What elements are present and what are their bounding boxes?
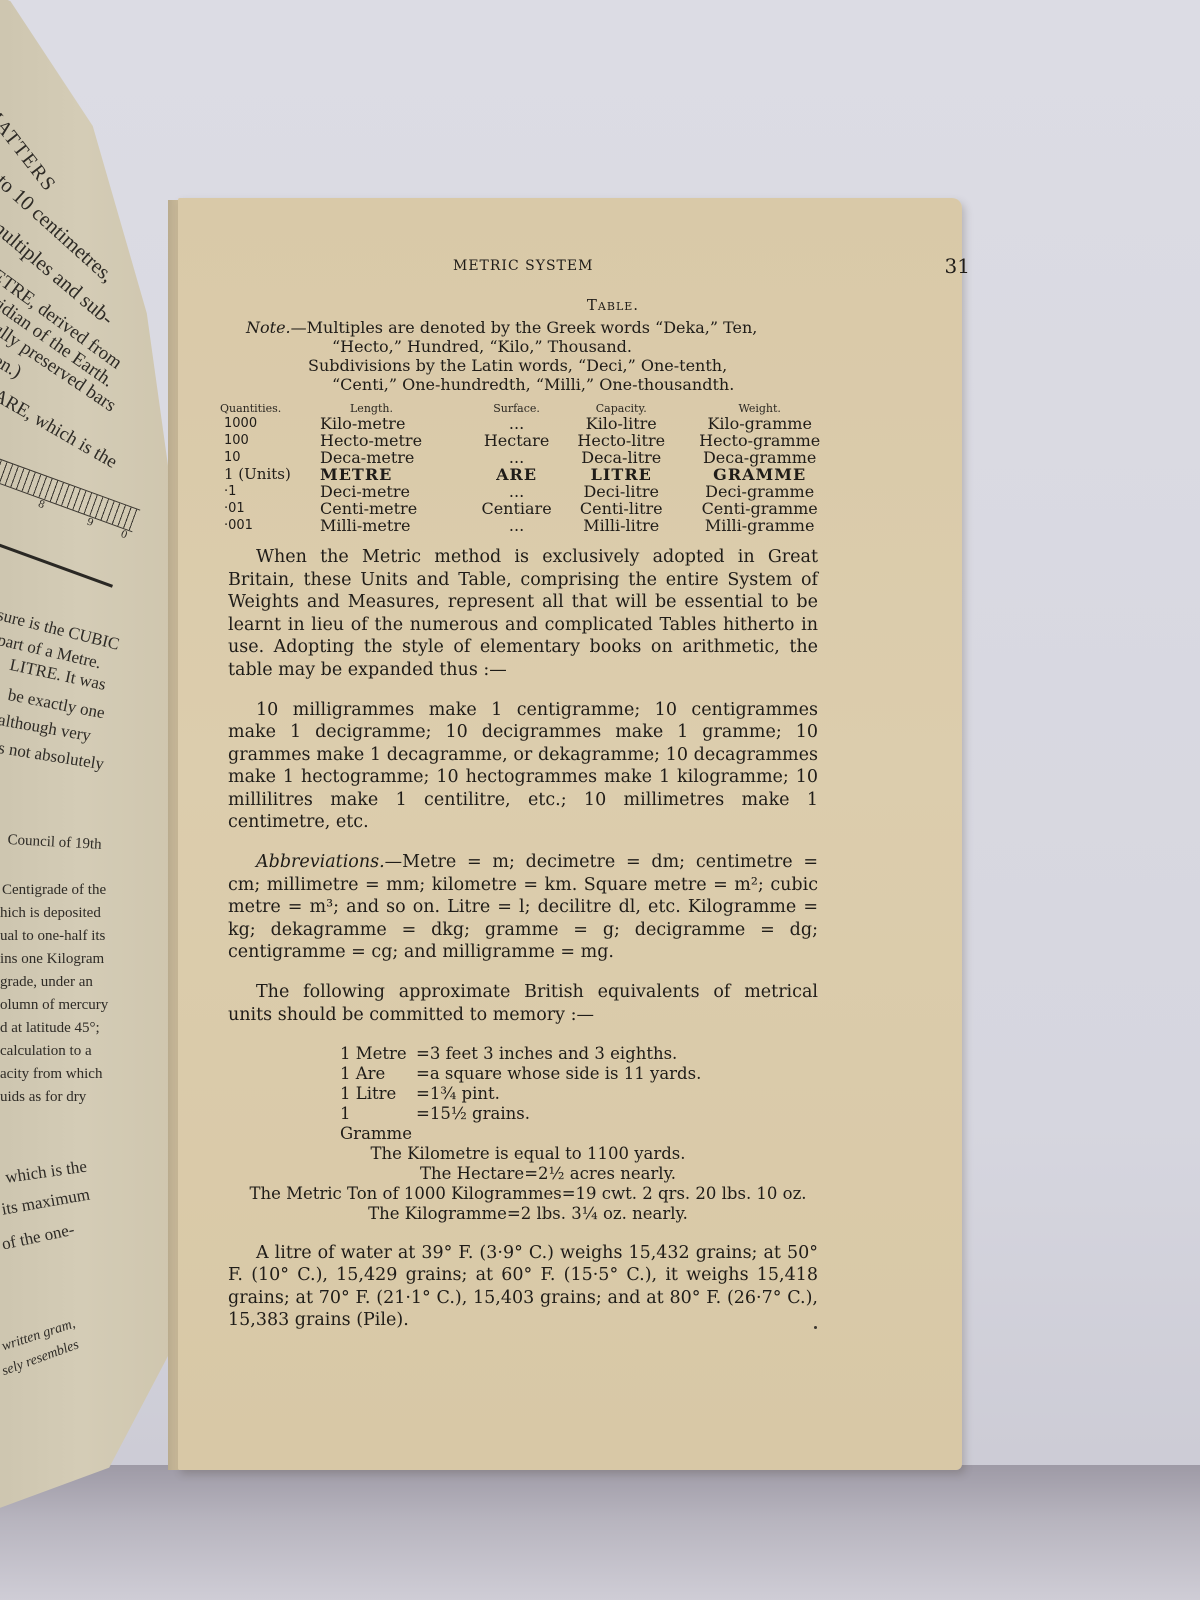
paragraph-metric-adoption: When the Metric method is exclusively ad… [228, 546, 818, 681]
page-content: METRIC SYSTEM 31 Table. Note.—Multiples … [228, 254, 928, 1349]
left-fragment: acity from which [0, 1066, 102, 1083]
note-line: “Hecto,” Hundred, “Kilo,” Thousand. [228, 337, 928, 356]
cell-surface: ARE [470, 466, 563, 483]
note-line: Subdivisions by the Latin words, “Deci,”… [228, 356, 928, 375]
cell-surface: Hectare [470, 432, 563, 449]
paper-speck [814, 1326, 817, 1329]
equivalent-value: =15½ grains. [416, 1104, 530, 1144]
cell-length: Centi-metre [320, 500, 470, 517]
table-note: Note.—Multiples are denoted by the Greek… [228, 318, 928, 394]
cell-length: Kilo-metre [320, 415, 470, 432]
cell-length: Milli-metre [320, 517, 470, 534]
table-row-units: 1 (Units) METRE ARE LITRE GRAMME [220, 466, 840, 483]
cell-capacity: Centi-litre [563, 500, 679, 517]
cell-weight: Hecto-gramme [679, 432, 840, 449]
cell-quantity: 1 (Units) [220, 466, 320, 483]
metric-units-table: Quantities. Length. Surface. Capacity. W… [220, 402, 840, 534]
cell-length: Deci-metre [320, 483, 470, 500]
cell-quantity: ·001 [220, 517, 320, 534]
centered-equivalent: The Kilogramme=2 lbs. 3¼ oz. nearly. [228, 1204, 828, 1224]
ruler-mark: 9 [85, 517, 95, 530]
cell-quantity: ·1 [220, 483, 320, 500]
paragraph-equivalents-intro: The following approximate British equiva… [228, 981, 818, 1026]
cell-quantity: 100 [220, 432, 320, 449]
cell-surface: Centiare [470, 500, 563, 517]
equivalent-value: =3 feet 3 inches and 3 eighths. [416, 1044, 677, 1064]
cell-surface: ... [470, 517, 563, 534]
cell-weight: Centi-gramme [679, 500, 840, 517]
centered-equivalent: The Kilometre is equal to 1100 yards. [228, 1144, 828, 1164]
note-label: Note. [246, 318, 291, 337]
equivalent-unit: 1 Litre [340, 1084, 416, 1104]
cell-weight: GRAMME [679, 466, 840, 483]
cell-weight: Deca-gramme [679, 449, 840, 466]
cell-capacity: Kilo-litre [563, 415, 679, 432]
cell-length: Hecto-metre [320, 432, 470, 449]
running-head-title: METRIC SYSTEM [453, 258, 593, 274]
centered-equivalent: The Metric Ton of 1000 Kilogrammes=19 cw… [228, 1184, 828, 1204]
cell-quantity: 10 [220, 449, 320, 466]
cell-weight: Milli-gramme [679, 517, 840, 534]
book-shadow [0, 1465, 1200, 1600]
british-equivalents: 1 Metre=3 feet 3 inches and 3 eighths. 1… [228, 1044, 828, 1224]
equivalent-row: 1 Are=a square whose side is 11 yards. [228, 1064, 828, 1084]
cell-surface: ... [470, 483, 563, 500]
note-line: —Multiples are denoted by the Greek word… [291, 318, 758, 337]
left-fragment: hich is deposited [0, 905, 101, 922]
cell-weight: Deci-gramme [679, 483, 840, 500]
cell-capacity: Deci-litre [563, 483, 679, 500]
note-line: “Centi,” One-hundredth, “Milli,” One-tho… [228, 375, 928, 394]
paragraph-expanded-table: 10 milligrammes make 1 centigramme; 10 c… [228, 699, 818, 834]
ruler-mark: 0 [119, 529, 129, 542]
cell-quantity: 1000 [220, 415, 320, 432]
left-fragment: ins one Kilogram [0, 951, 104, 968]
cell-surface: ... [470, 449, 563, 466]
equivalent-value: =a square whose side is 11 yards. [416, 1064, 701, 1084]
equivalent-value: =1¾ pint. [416, 1084, 500, 1104]
table-row: ·001 Milli-metre ... Milli-litre Milli-g… [220, 517, 840, 534]
abbreviations-label: Abbreviations. [256, 852, 385, 872]
equivalent-row: 1 Litre=1¾ pint. [228, 1084, 828, 1104]
running-head: METRIC SYSTEM 31 [228, 254, 928, 284]
table-title: Table. [298, 296, 928, 314]
left-fragment: uids as for dry [0, 1089, 86, 1106]
page-number: 31 [945, 254, 970, 278]
left-fragment: ual to one-half its [0, 928, 105, 945]
cell-capacity: Deca-litre [563, 449, 679, 466]
cell-length: METRE [320, 466, 470, 483]
left-fragment: Centigrade of the [2, 882, 106, 899]
equivalent-unit: 1 Gramme [340, 1104, 416, 1144]
column-header: Quantities. [220, 402, 320, 415]
paragraph-water-weight: A litre of water at 39° F. (3·9° C.) wei… [228, 1242, 818, 1332]
left-fragment: grade, under an [0, 974, 93, 991]
ruler-mark: 8 [36, 499, 46, 512]
cell-surface: ... [470, 415, 563, 432]
table-row: 100 Hecto-metre Hectare Hecto-litre Hect… [220, 432, 840, 449]
cell-capacity: LITRE [563, 466, 679, 483]
paragraph-abbreviations: Abbreviations.—Metre = m; decimetre = dm… [228, 851, 818, 964]
equivalent-unit: 1 Are [340, 1064, 416, 1084]
table-row: 10 Deca-metre ... Deca-litre Deca-gramme [220, 449, 840, 466]
table-row: ·01 Centi-metre Centiare Centi-litre Cen… [220, 500, 840, 517]
cell-length: Deca-metre [320, 449, 470, 466]
equivalent-unit: 1 Metre [340, 1044, 416, 1064]
cell-capacity: Hecto-litre [563, 432, 679, 449]
left-fragment: d at latitude 45°; [0, 1020, 100, 1037]
equivalent-row: 1 Metre=3 feet 3 inches and 3 eighths. [228, 1044, 828, 1064]
right-page: METRIC SYSTEM 31 Table. Note.—Multiples … [178, 198, 962, 1470]
left-fragment: olumn of mercury [0, 997, 108, 1014]
equivalent-row: 1 Gramme=15½ grains. [228, 1104, 828, 1144]
centered-equivalent: The Hectare=2½ acres nearly. [228, 1164, 828, 1184]
left-fragment: calculation to a [0, 1043, 92, 1060]
cell-weight: Kilo-gramme [679, 415, 840, 432]
cell-capacity: Milli-litre [563, 517, 679, 534]
table-row: 1000 Kilo-metre ... Kilo-litre Kilo-gram… [220, 415, 840, 432]
table-row: ·1 Deci-metre ... Deci-litre Deci-gramme [220, 483, 840, 500]
cell-quantity: ·01 [220, 500, 320, 517]
